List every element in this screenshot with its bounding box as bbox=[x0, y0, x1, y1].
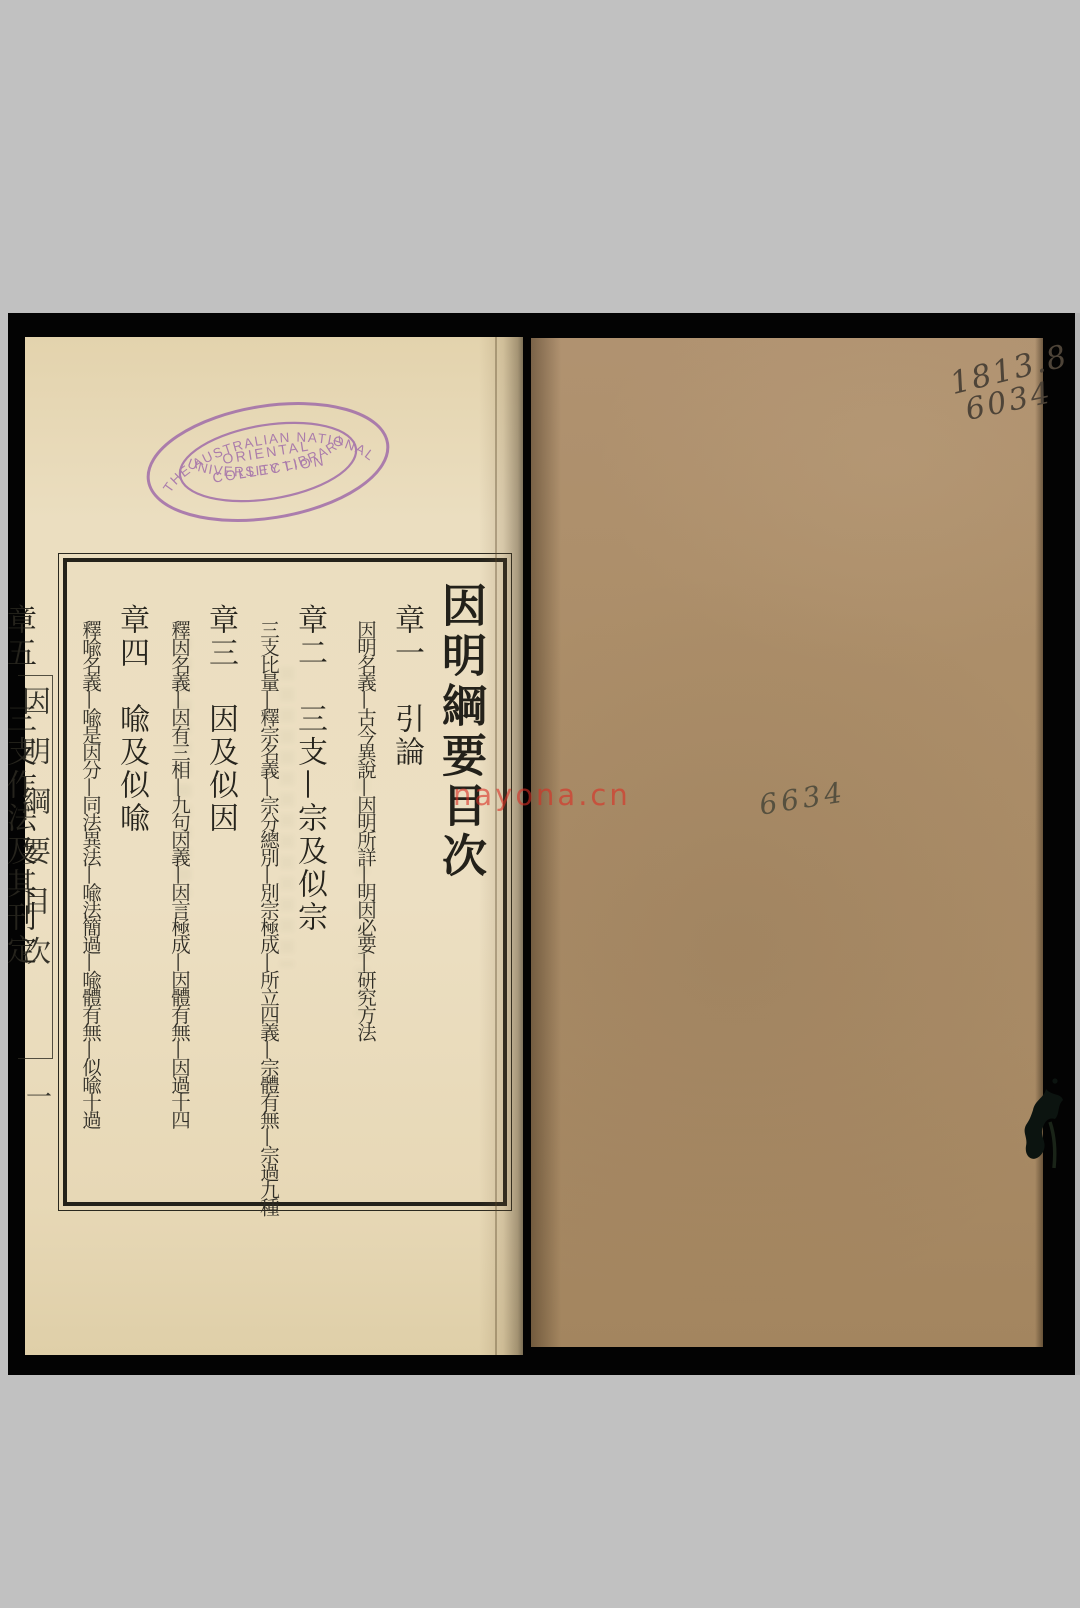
toc-content: 因明綱要目次 章一 引論 因明名義—古今異說—因明所詳—明因必要—研究方法 章二… bbox=[73, 562, 493, 1198]
page-right-edge-shadow bbox=[1035, 338, 1043, 1347]
left-page: THE AUSTRALIAN NATIONAL ORIENTAL COLLECT… bbox=[25, 337, 523, 1355]
chapter-2-heading: 章二 三支—宗及似宗 bbox=[287, 562, 331, 1198]
gutter-shadow bbox=[531, 338, 561, 1347]
right-page: 1813.8 6034 6634 bbox=[531, 338, 1043, 1347]
chapter-3-heading: 章三 因及似因 bbox=[198, 562, 242, 1198]
toc-border-box: 因明綱要目次 章一 引論 因明名義—古今異說—因明所詳—明因必要—研究方法 章二… bbox=[58, 553, 512, 1211]
handwritten-pencil-number: 6634 bbox=[757, 775, 848, 821]
scanned-book-photo: THE AUSTRALIAN NATIONAL ORIENTAL COLLECT… bbox=[0, 0, 1080, 1608]
chapter-1-annotation: 因明名義—古今異說—因明所詳—明因必要—研究方法 bbox=[351, 562, 379, 1198]
chapter-1: 章一 引論 因明名義—古今異說—因明所詳—明因必要—研究方法 bbox=[351, 562, 428, 1198]
watermark-text: nayona.cn bbox=[453, 778, 631, 812]
chapter-4-annotation: 釋喩名義—喩是因分—同法異法—喩法簡過—喩體有無—似喩十過 bbox=[76, 562, 104, 1198]
library-stamp: THE AUSTRALIAN NATIONAL ORIENTAL COLLECT… bbox=[128, 375, 408, 548]
chapter-5: 章五 三支作法及其刊定 bbox=[0, 562, 40, 1198]
toc-inner-border: 因明綱要目次 章一 引論 因明名義—古今異說—因明所詳—明因必要—研究方法 章二… bbox=[63, 558, 507, 1206]
chapter-3: 章三 因及似因 釋因名義—因有三相—九句因義—因言極成—因體有無—因過十四 bbox=[165, 562, 242, 1198]
chapter-2: 章二 三支—宗及似宗 三支比量—釋宗名義—宗分總別—別宗極成—所立四義—宗體有無… bbox=[254, 562, 331, 1198]
chapter-1-heading: 章一 引論 bbox=[384, 562, 428, 1198]
chapter-4: 章四 喩及似喩 釋喩名義—喩是因分—同法異法—喩法簡過—喩體有無—似喩十過 bbox=[76, 562, 153, 1198]
chapter-3-annotation: 釋因名義—因有三相—九句因義—因言極成—因體有無—因過十四 bbox=[165, 562, 193, 1198]
chapter-2-annotation: 三支比量—釋宗名義—宗分總別—別宗極成—所立四義—宗體有無—宗過九種 bbox=[254, 562, 282, 1198]
scanner-edge-sliver bbox=[1075, 313, 1080, 1375]
chapter-4-heading: 章四 喩及似喩 bbox=[109, 562, 153, 1198]
ink-blot bbox=[1005, 1076, 1067, 1176]
chapter-5-heading: 章五 三支作法及其刊定 bbox=[0, 562, 40, 1198]
gutter-fold-shadow bbox=[479, 337, 523, 1355]
